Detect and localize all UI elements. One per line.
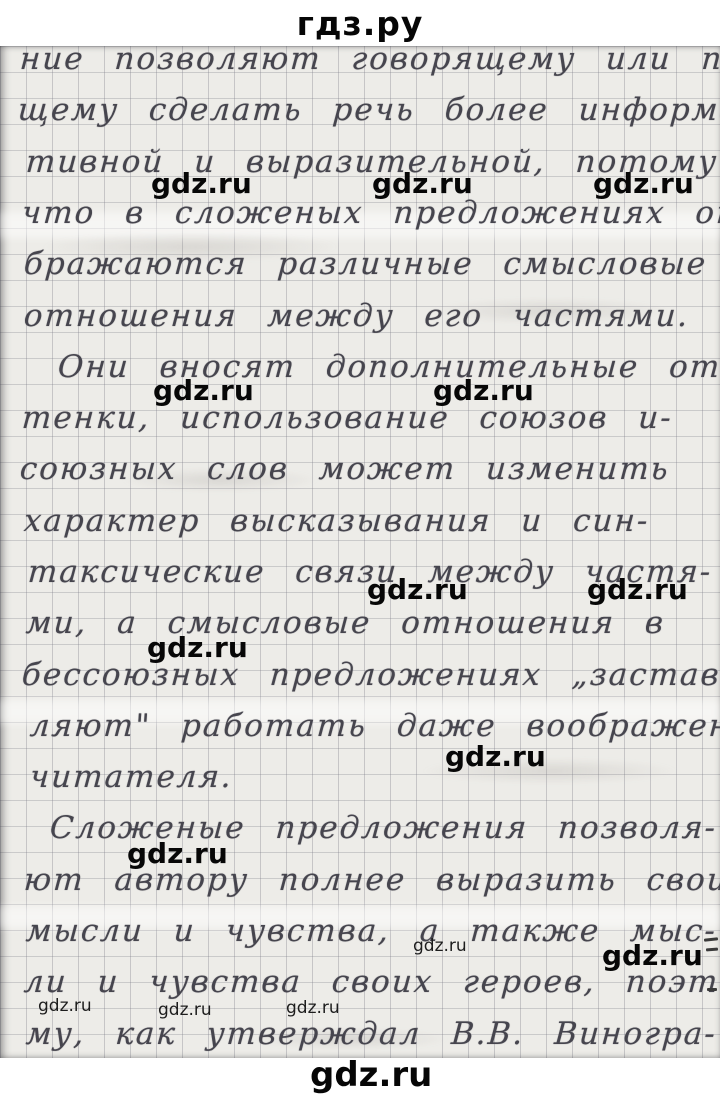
gdzru-watermark: gdz.ru bbox=[147, 634, 248, 662]
handwriting-line: союзных слов может изменить bbox=[19, 451, 671, 487]
handwriting-line: что в сложеных предложениях ото- bbox=[21, 195, 720, 231]
handwriting-line: ние позволяют говорящему или пишу- bbox=[19, 41, 720, 77]
gdzru-watermark-small: gdz.ru bbox=[38, 998, 92, 1015]
handwriting-line: му, как утверждал В.В. Виногра- bbox=[25, 1016, 718, 1052]
gdzru-watermark: gdz.ru bbox=[367, 576, 468, 604]
gdzru-watermark-small: gdz.ru bbox=[158, 1002, 212, 1019]
handwriting-line: ми, а смысловые отношения в bbox=[25, 605, 666, 641]
gdzru-watermark-small: gdz.ru bbox=[413, 938, 467, 955]
gdzru-watermark: gdz.ru bbox=[445, 743, 546, 771]
handwriting-line: характер высказывания и син- bbox=[23, 503, 651, 539]
gdzru-watermark: gdz.ru bbox=[433, 377, 534, 405]
gdzru-watermark: gdz.ru bbox=[151, 170, 252, 198]
scan-edge-artifact bbox=[707, 988, 717, 991]
gdzru-watermark: gdz.ru bbox=[602, 942, 703, 970]
handwriting-line: отношения между его частями. bbox=[23, 298, 691, 334]
gdzru-watermark-small: gdz.ru bbox=[286, 1000, 340, 1017]
gdzru-watermark: gdz.ru bbox=[587, 576, 688, 604]
site-watermark-header: гдз.ру bbox=[0, 4, 720, 43]
scanned-notebook-page: { "watermarks": { "header": "гдз.ру", "t… bbox=[0, 0, 720, 1099]
handwriting-line: читателя. bbox=[29, 759, 235, 795]
handwriting-line: бражаются различные смысловые bbox=[23, 246, 709, 282]
gdzru-watermark: gdz.ru bbox=[153, 377, 254, 405]
gdzru-watermark-footer: gdz.ru bbox=[310, 1058, 432, 1092]
handwriting-line: тенки, использование союзов и- bbox=[21, 400, 674, 436]
gdzru-watermark: gdz.ru bbox=[593, 170, 694, 198]
handwriting-line: щему сделать речь более информа- bbox=[17, 92, 720, 128]
gdzru-watermark: gdz.ru bbox=[372, 170, 473, 198]
gdzru-watermark: gdz.ru bbox=[127, 840, 228, 868]
handwriting-line: ляют" работать даже воображение bbox=[29, 708, 720, 744]
handwriting-line: бессоюзных предложениях „застав- bbox=[21, 657, 720, 693]
